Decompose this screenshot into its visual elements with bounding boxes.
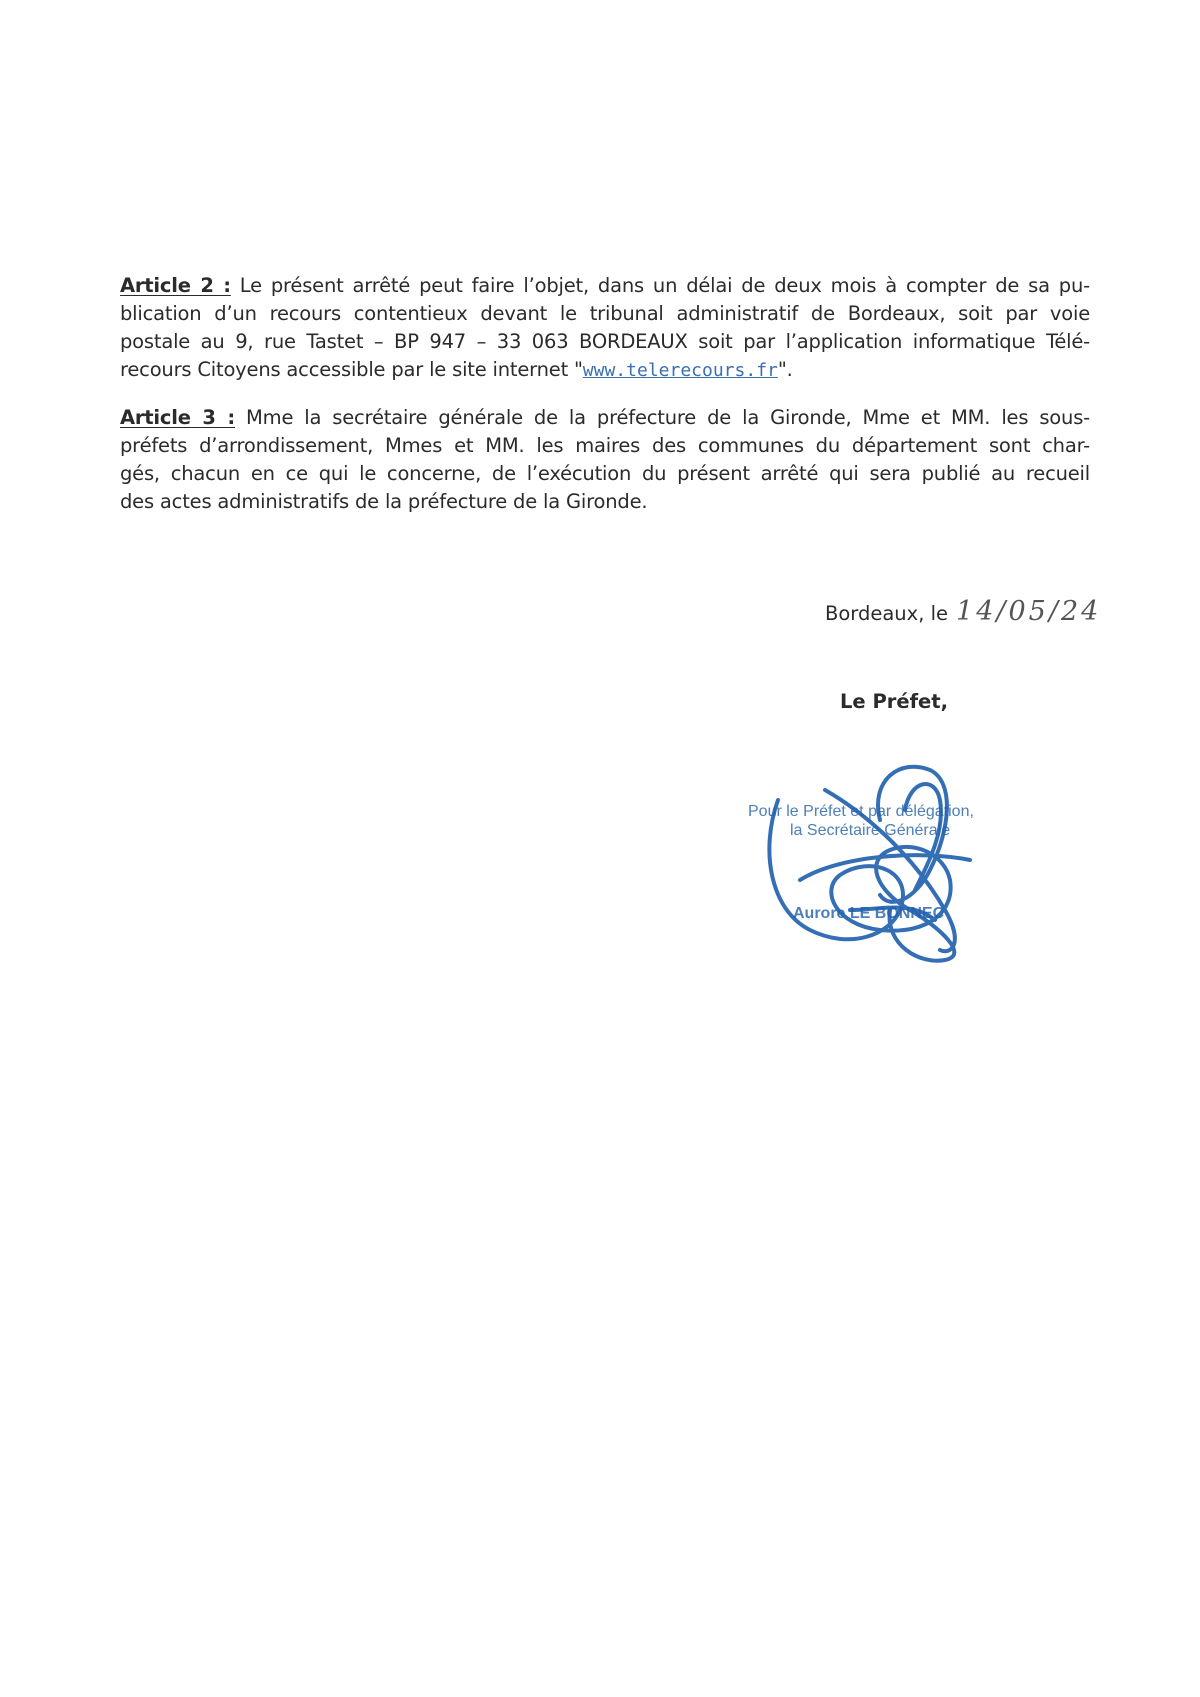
article-3-line-2: préfets d’arrondissement, Mmes et MM. le… [120,432,1090,460]
article-2-line-4: recours Citoyens accessible par le site … [120,356,1090,385]
place-prefix: Bordeaux, le [825,602,948,625]
signer-title: Le Préfet, [840,690,948,713]
article-3-line-4: des actes administratifs de la préfectur… [120,488,1090,516]
article-2: Article 2 : Le présent arrêté peut faire… [120,272,1090,385]
signature-stamp: Pour le Préfet et par délégation, la Sec… [740,760,1040,970]
article-2-label: Article 2 : [120,274,231,297]
handwritten-signature-icon [740,760,1040,970]
article-2-line-2: blication d’un recours contentieux devan… [120,300,1090,328]
article-2-line-3: postale au 9, rue Tastet – BP 947 – 33 0… [120,328,1090,356]
article-2-line-1: Article 2 : Le présent arrêté peut faire… [120,272,1090,300]
article-3-label: Article 3 : [120,406,235,429]
handwritten-date: 14/05/24 [956,596,1101,627]
telerecours-link[interactable]: www.telerecours.fr [583,360,778,381]
article-3: Article 3 : Mme la secrétaire générale d… [120,404,1090,516]
article-3-line-1: Article 3 : Mme la secrétaire générale d… [120,404,1090,432]
place-and-date: Bordeaux, le14/05/24 [825,596,1101,627]
article-3-line-3: gés, chacun en ce qui le concerne, de l’… [120,460,1090,488]
